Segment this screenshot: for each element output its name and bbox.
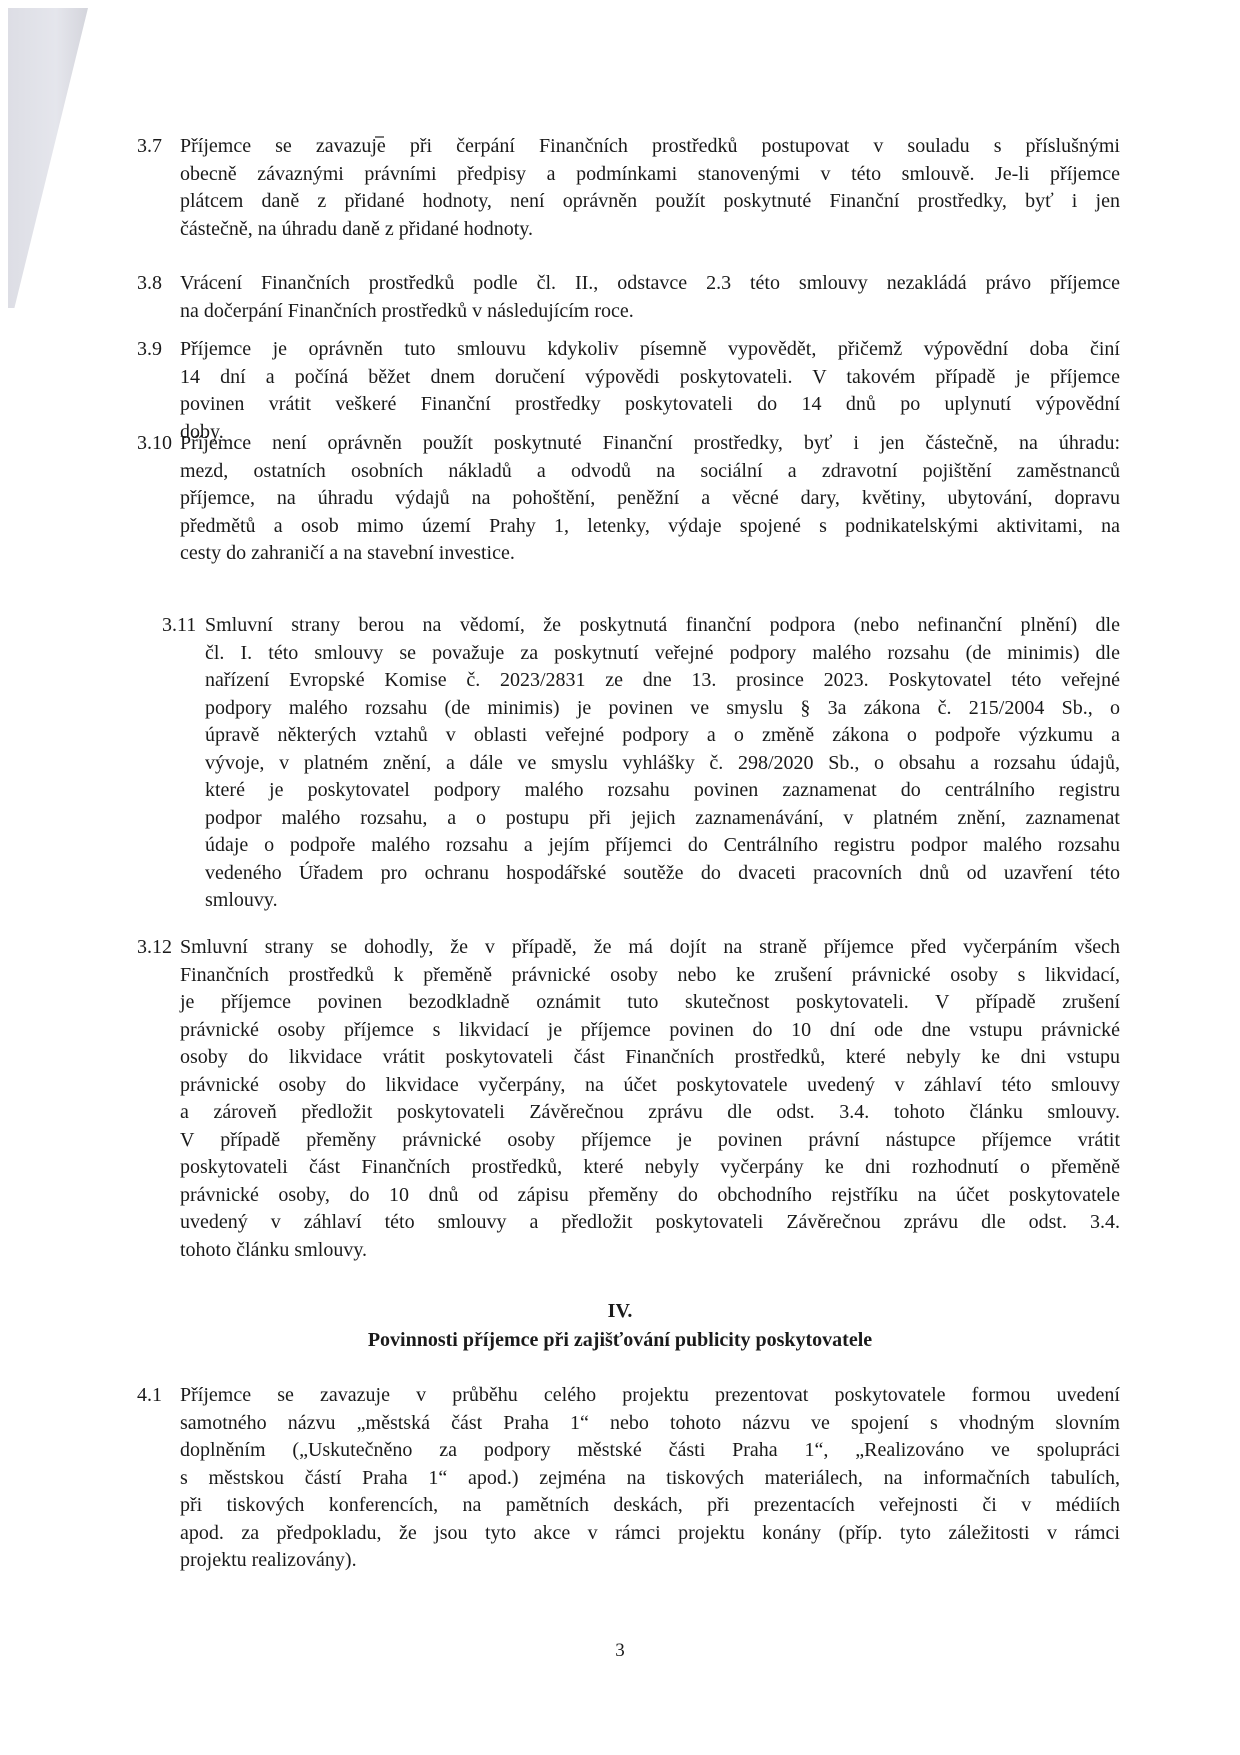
clause-line: poskytovateli část Finančních prostředků…: [180, 1154, 1120, 1182]
clause-line: právnické osoby příjemce s likvidací je …: [180, 1017, 1120, 1045]
clause-number: 3.10: [137, 430, 172, 458]
clause-3-12: 3.12 Smluvní strany se dohodly, že v pří…: [137, 934, 1120, 1264]
clause-line: při tiskových konferencích, na pamětních…: [180, 1492, 1120, 1520]
clause-line: Smluvní strany se dohodly, že v případě,…: [180, 934, 1120, 962]
page-number: 3: [0, 1640, 1240, 1662]
section-numeral: IV.: [0, 1300, 1240, 1323]
clause-3-7: 3.7 Příjemce se zavazuje při čerpání Fin…: [137, 133, 1120, 243]
clause-line: údaje o podpoře malého rozsahu a jejím p…: [205, 832, 1120, 860]
clause-line: částečně, na úhradu daně z přidané hodno…: [180, 216, 1120, 244]
clause-line: je příjemce povinen bezodkladně oznámit …: [180, 989, 1120, 1017]
clause-line: Smluvní strany berou na vědomí, že posky…: [205, 612, 1120, 640]
clause-line: V případě přeměny právnické osoby příjem…: [180, 1127, 1120, 1155]
clause-line: na dočerpání Finančních prostředků v nás…: [180, 298, 1120, 326]
clause-line: apod. za předpokladu, že jsou tyto akce …: [180, 1520, 1120, 1548]
clause-line: uvedený v záhlaví této smlouvy a předlož…: [180, 1209, 1120, 1237]
clause-line: tohoto článku smlouvy.: [180, 1237, 1120, 1265]
clause-line: nařízení Evropské Komise č. 2023/2831 ze…: [205, 667, 1120, 695]
clause-line: s městskou částí Praha 1“ apod.) zejména…: [180, 1465, 1120, 1493]
clause-number: 3.12: [137, 934, 172, 962]
clause-3-11: 3.11 Smluvní strany berou na vědomí, že …: [162, 612, 1120, 915]
clause-line: 14 dní a počíná běžet dnem doručení výpo…: [180, 364, 1120, 392]
clause-line: projektu realizovány).: [180, 1547, 1120, 1575]
clause-line: Příjemce není oprávněn použít poskytnuté…: [180, 430, 1120, 458]
clause-line: vývoje, v platném znění, a dále ve smysl…: [205, 750, 1120, 778]
clause-3-10: 3.10 Příjemce není oprávněn použít posky…: [137, 430, 1120, 568]
clause-line: obecně závaznými právními předpisy a pod…: [180, 161, 1120, 189]
clause-line: Příjemce je oprávněn tuto smlouvu kdykol…: [180, 336, 1120, 364]
clause-3-8: 3.8 Vrácení Finančních prostředků podle …: [137, 270, 1120, 325]
clause-line: samotného názvu „městská část Praha 1“ n…: [180, 1410, 1120, 1438]
clause-line: Finančních prostředků k přeměně právnick…: [180, 962, 1120, 990]
scan-page-edge-shadow: [8, 8, 88, 308]
clause-line: cesty do zahraničí a na stavební investi…: [180, 540, 1120, 568]
clause-line: předmětů a osob mimo území Prahy 1, lete…: [180, 513, 1120, 541]
clause-number: 3.11: [162, 612, 196, 640]
clause-line: podpory malého rozsahu (de minimis) je p…: [205, 695, 1120, 723]
clause-line: a zároveň předložit poskytovateli Závěre…: [180, 1099, 1120, 1127]
clause-line: Příjemce se zavazuje při čerpání Finančn…: [180, 133, 1120, 161]
clause-line: smlouvy.: [205, 887, 1120, 915]
clause-line: Příjemce se zavazuje v průběhu celého pr…: [180, 1382, 1120, 1410]
clause-number: 3.7: [137, 133, 162, 161]
clause-line: právnické osoby do likvidace vyčerpány, …: [180, 1072, 1120, 1100]
section-title: Povinnosti příjemce při zajišťování publ…: [0, 1329, 1240, 1352]
clause-line: plátcem daně z přidané hodnoty, není opr…: [180, 188, 1120, 216]
clause-line: podpor malého rozsahu, a o postupu při j…: [205, 805, 1120, 833]
clause-line: úpravě některých vztahů v oblasti veřejn…: [205, 722, 1120, 750]
clause-line: které je poskytovatel podpory malého roz…: [205, 777, 1120, 805]
clause-line: mezd, ostatních osobních nákladů a odvod…: [180, 458, 1120, 486]
clause-line: příjemce, na úhradu výdajů na pohoštění,…: [180, 485, 1120, 513]
clause-4-1: 4.1 Příjemce se zavazuje v průběhu celéh…: [137, 1382, 1120, 1575]
clause-line: právnické osoby, do 10 dnů od zápisu pře…: [180, 1182, 1120, 1210]
clause-number: 4.1: [137, 1382, 162, 1410]
clause-line: povinen vrátit veškeré Finanční prostřed…: [180, 391, 1120, 419]
clause-line: Vrácení Finančních prostředků podle čl. …: [180, 270, 1120, 298]
clause-line: čl. I. této smlouvy se považuje za posky…: [205, 640, 1120, 668]
clause-line: vedeného Úřadem pro ochranu hospodářské …: [205, 860, 1120, 888]
clause-number: 3.9: [137, 336, 162, 364]
clause-number: 3.8: [137, 270, 162, 298]
clause-line: doplněním („Uskutečněno za podpory městs…: [180, 1437, 1120, 1465]
clause-line: osoby do likvidace vrátit poskytovateli …: [180, 1044, 1120, 1072]
